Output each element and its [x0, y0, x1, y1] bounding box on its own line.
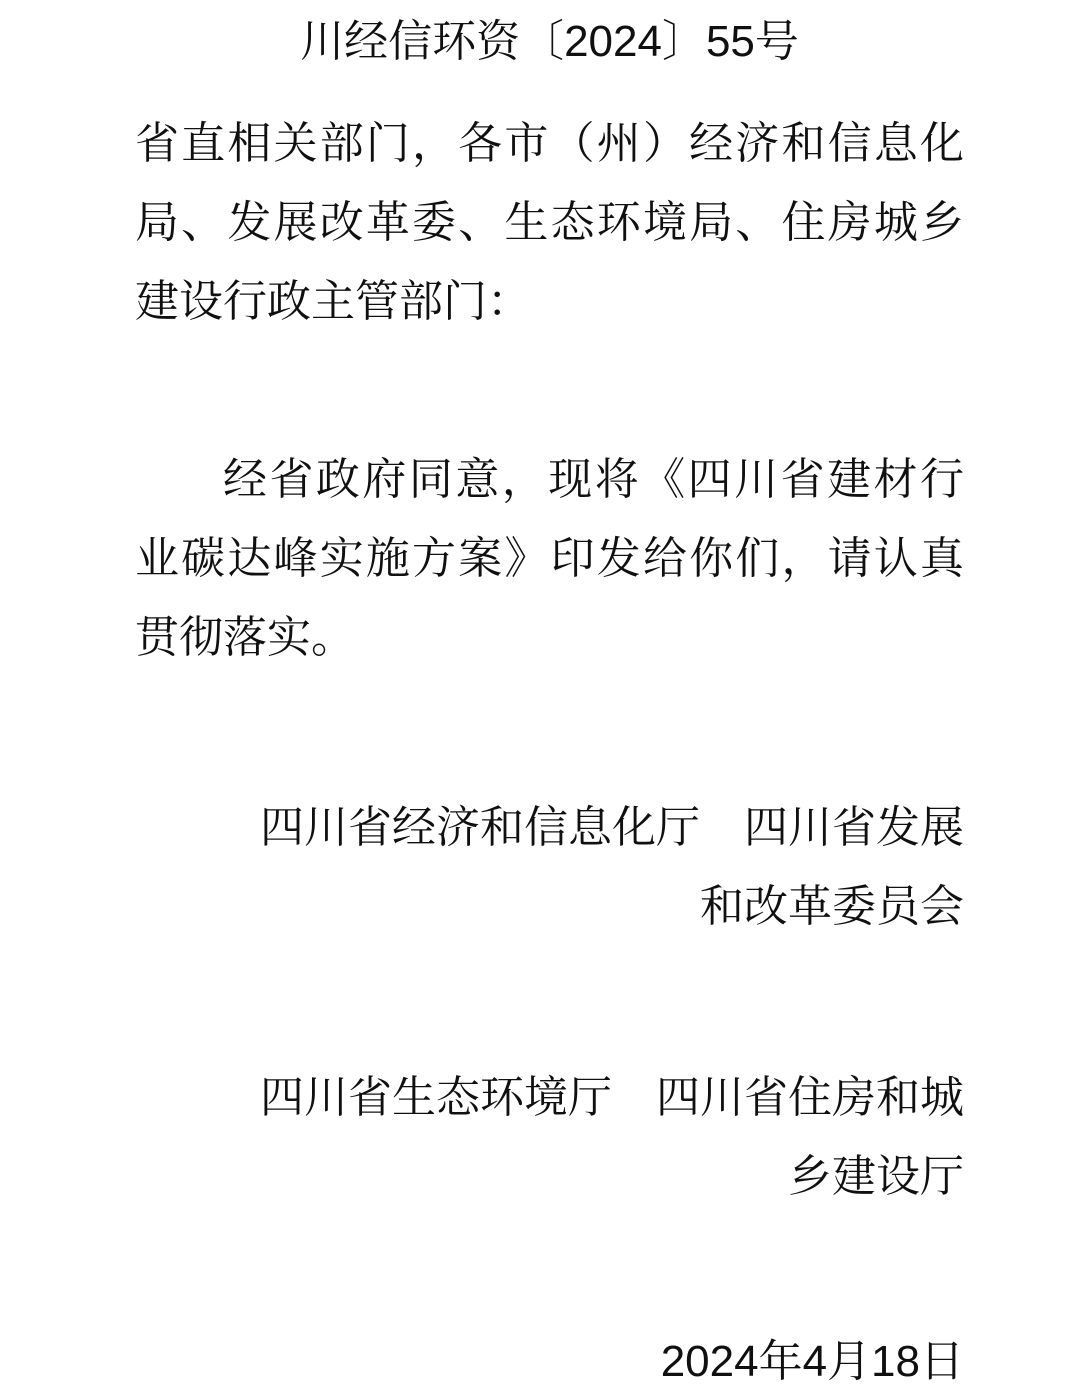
signature-block-economy-development: 四川省经济和信息化厅 四川省发展 和改革委员会 [135, 788, 964, 946]
signature-line: 乡建设厅 [135, 1137, 964, 1216]
document-page: 川经信环资〔2024〕55号 省直相关部门，各市（州）经济和信息化局、发展改革委… [0, 0, 1080, 1400]
signature-block-ecology-housing: 四川省生态环境厅 四川省住房和城 乡建设厅 [135, 1058, 964, 1216]
body-paragraph: 经省政府同意，现将《四川省建材行业碳达峰实施方案》印发给你们，请认真贯彻落实。 [135, 440, 964, 677]
signature-line: 和改革委员会 [135, 867, 964, 946]
doc-number: 川经信环资〔2024〕55号 [135, 2, 964, 81]
date-line: 2024年4月18日 [135, 1322, 964, 1400]
signature-line: 四川省经济和信息化厅 四川省发展 [135, 788, 964, 867]
recipients-paragraph: 省直相关部门，各市（州）经济和信息化局、发展改革委、生态环境局、住房城乡建设行政… [135, 104, 964, 341]
signature-line: 四川省生态环境厅 四川省住房和城 [135, 1058, 964, 1137]
